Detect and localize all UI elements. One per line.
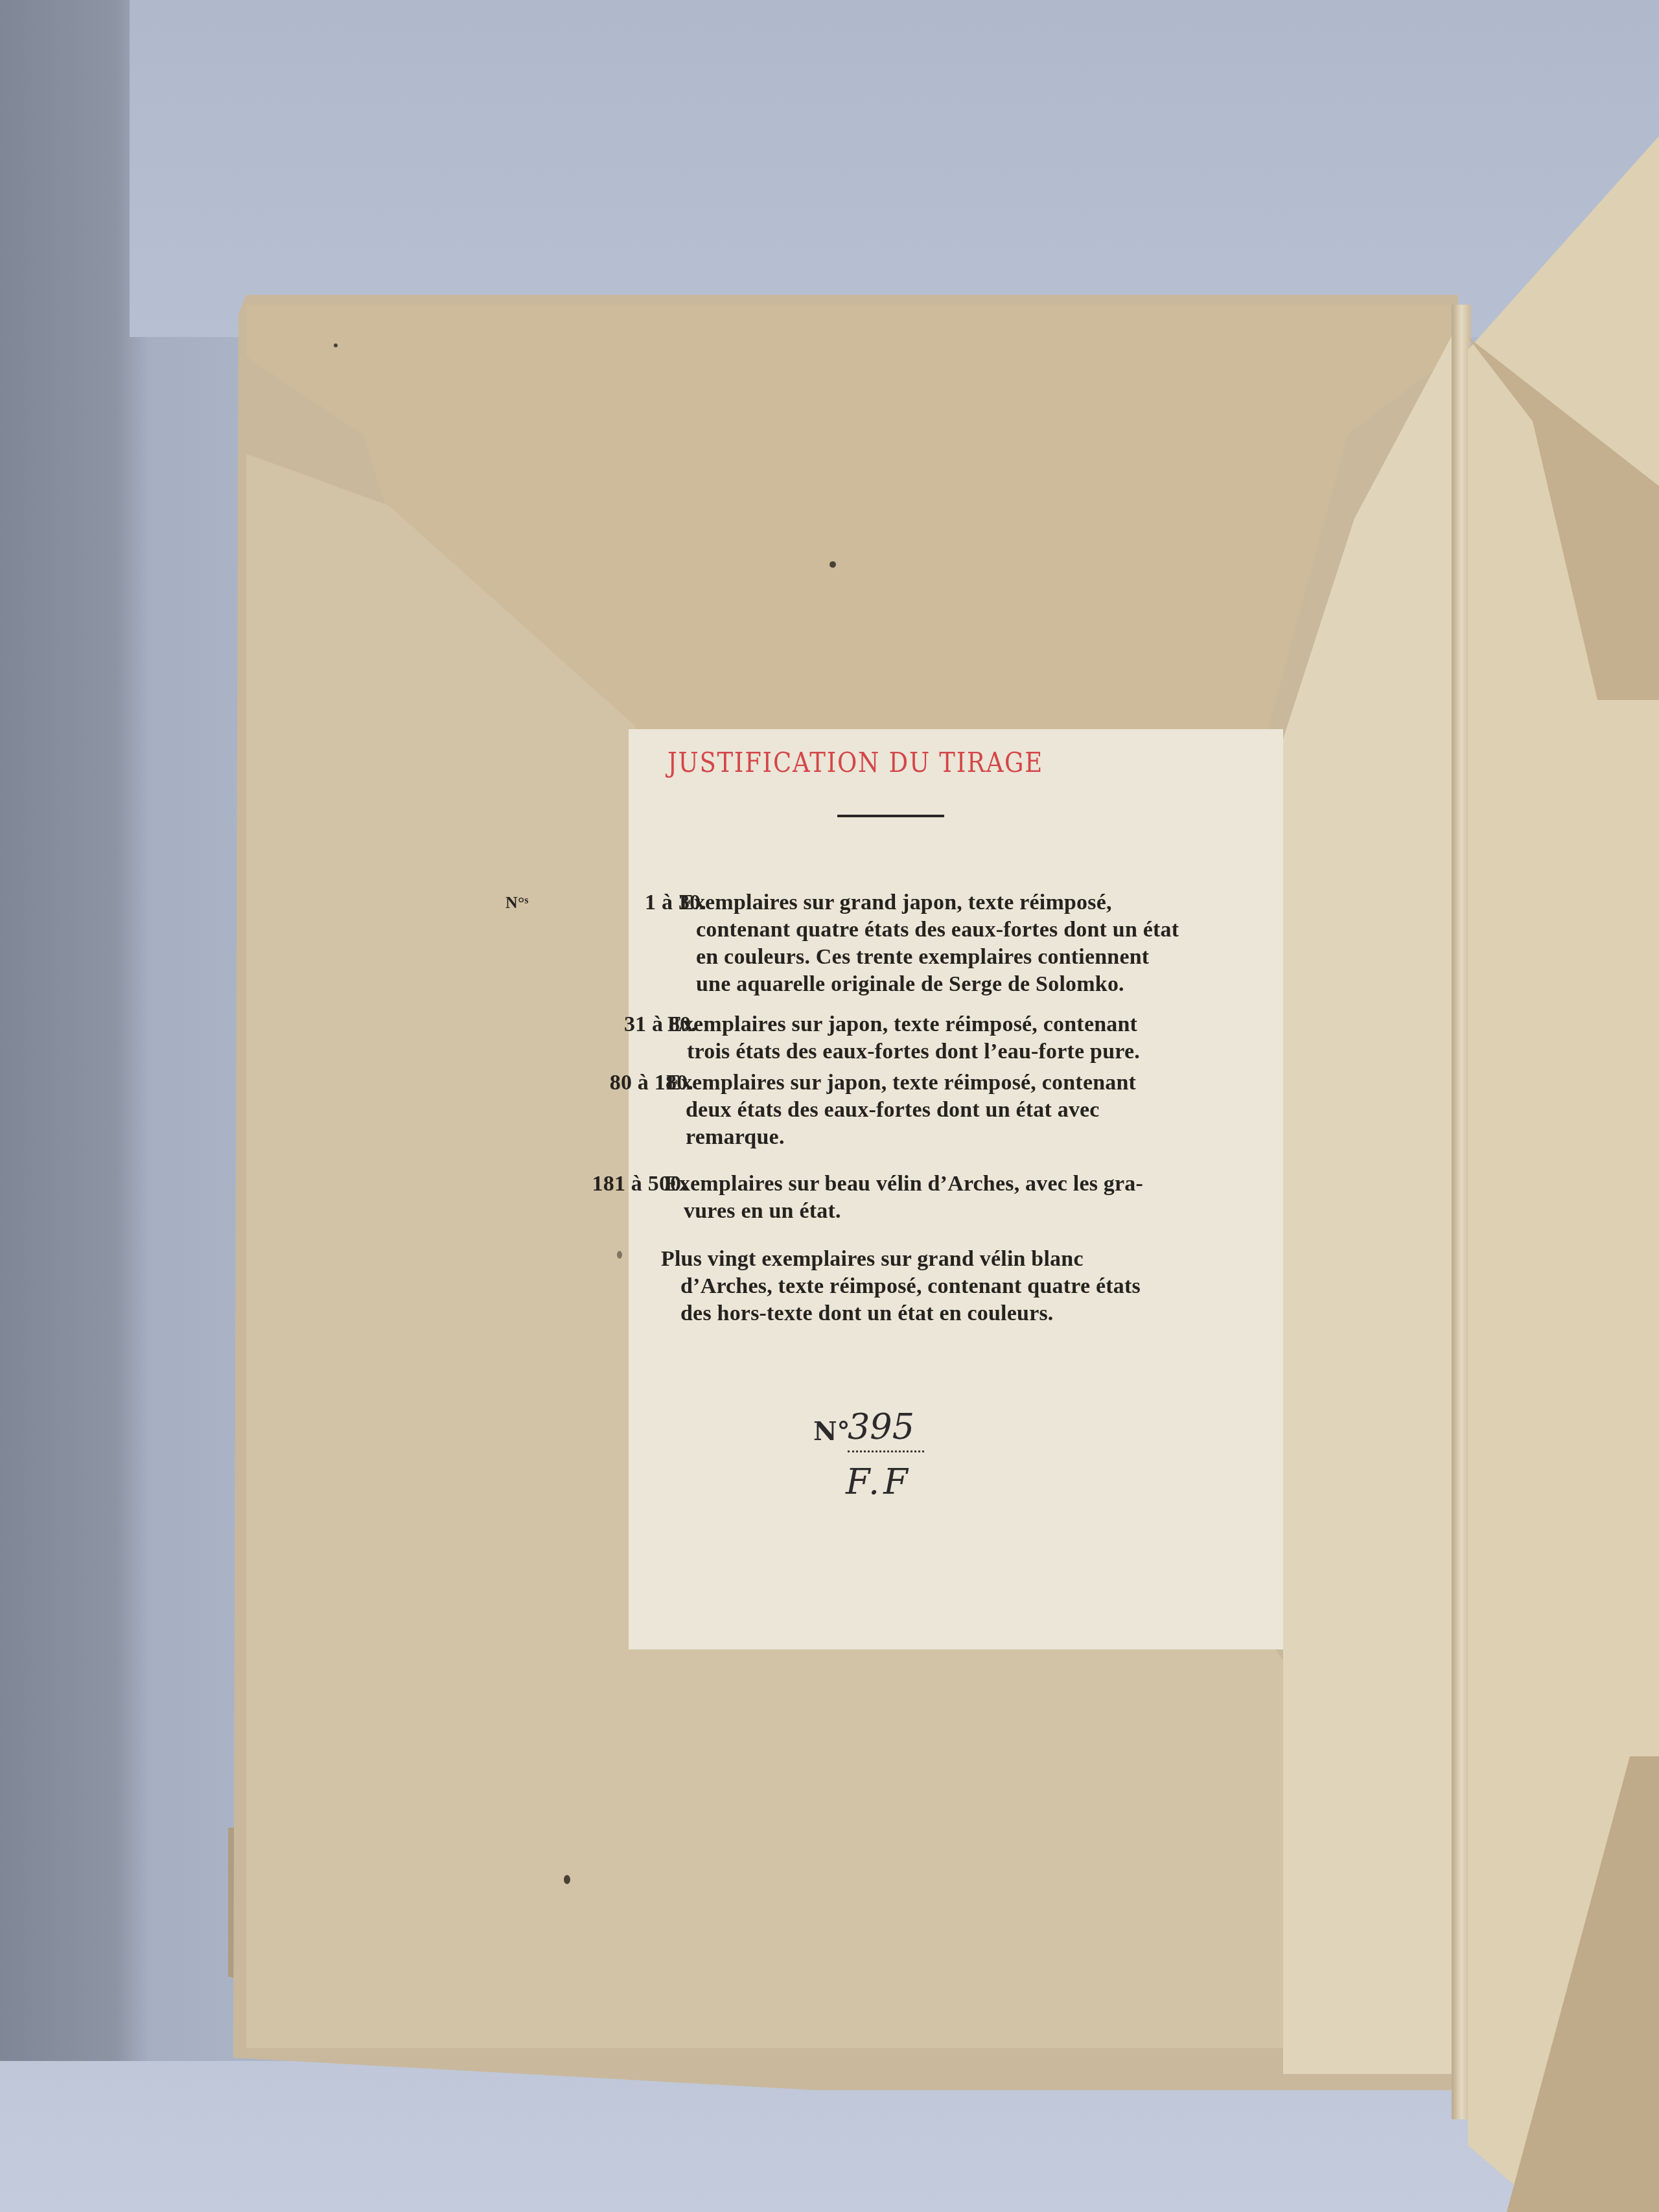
supplement-line: Plus vingt exemplaires sur grand vélin b… [661,1246,1277,1273]
description-line: Exemplaires sur grand japon, texte réimp… [679,889,1275,916]
paper-speck [334,343,338,347]
numbers-prefix: N°ˢ [505,889,528,916]
edition-description: Exemplaires sur japon, texte réimposé, c… [667,1011,1277,1065]
description-line: deux états des eaux-fortes dont un état … [666,1097,1275,1124]
description-line: une aquarelle originale de Serge de Solo… [679,971,1275,998]
backdrop-surface [130,0,1659,337]
copy-number-handwritten: 395 [848,1406,914,1447]
description-line: Exemplaires sur beau vélin d’Arches, ave… [664,1170,1273,1198]
description-line: Exemplaires sur japon, texte réimposé, c… [666,1069,1275,1097]
edition-description: Exemplaires sur beau vélin d’Arches, ave… [664,1170,1273,1225]
description-line: vures en un état. [664,1198,1273,1225]
edition-description: Exemplaires sur japon, texte réimposé, c… [666,1069,1275,1151]
description-line: contenant quatre états des eaux-fortes d… [679,916,1275,944]
description-line: remarque. [666,1124,1275,1151]
supplement-note: Plus vingt exemplaires sur grand vélin b… [661,1246,1277,1327]
paper-speck [617,1251,622,1259]
edition-description: Exemplaires sur grand japon, texte réimp… [679,889,1275,998]
paper-speck [564,1875,570,1884]
description-line: en couleurs. Ces trente exemplaires cont… [679,944,1275,971]
supplement-line: des hors-texte dont un état en couleurs. [661,1300,1277,1327]
copy-number-label: N° [813,1416,850,1447]
description-line: Exemplaires sur japon, texte réimposé, c… [667,1011,1277,1038]
title-rule [837,815,944,817]
paper-speck [829,561,836,568]
supplement-line: d’Arches, texte réimposé, contenant quat… [661,1273,1277,1300]
handwritten-initials: F.F [846,1461,912,1502]
document-title: JUSTIFICATION DU TIRAGE [667,747,1080,779]
edition-range: 181 à 500. [531,1170,687,1198]
description-line: trois états des eaux-fortes dont l’eau-f… [667,1038,1277,1065]
copy-number-dotted-line [848,1450,924,1452]
